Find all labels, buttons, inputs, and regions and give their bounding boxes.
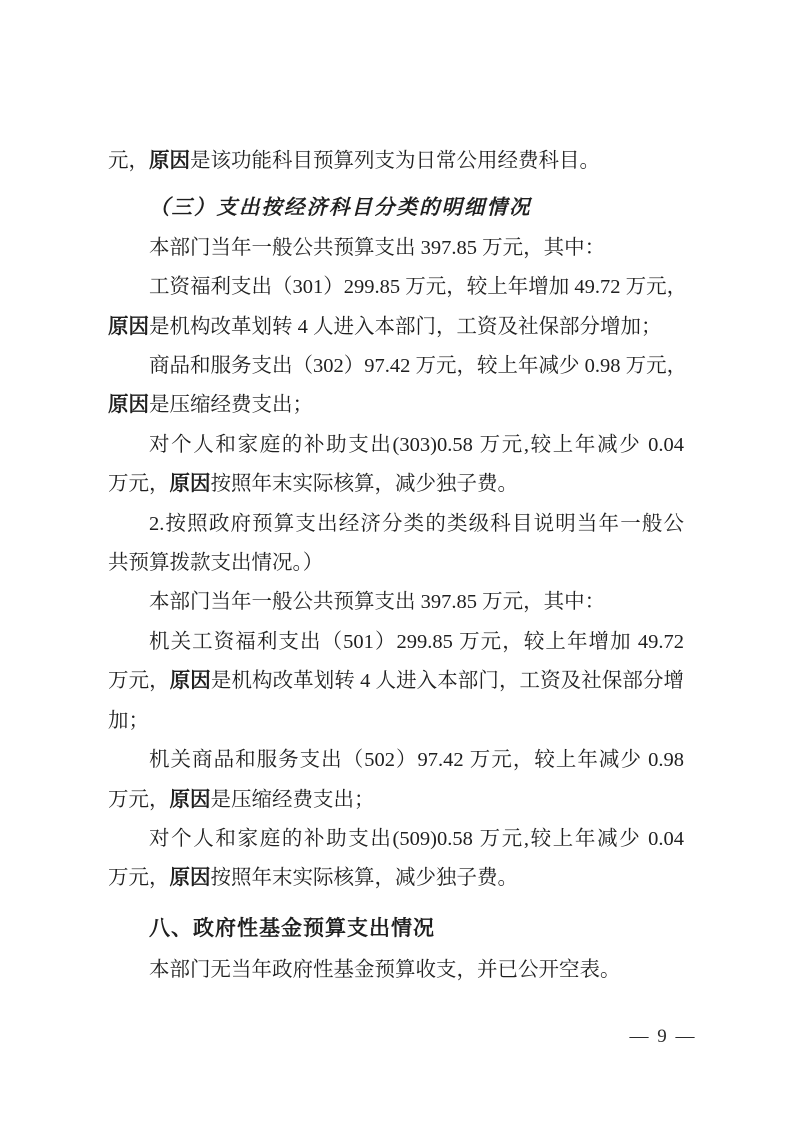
body-line-17: 万元，原因是压缩经费支出； — [108, 781, 684, 820]
text-run: 按照年末实际核算，减少独子费。 — [211, 473, 519, 495]
emphasis-reason: 原因 — [108, 394, 149, 416]
body-line-9: 万元，原因按照年末实际核算，减少独子费。 — [108, 465, 684, 504]
body-line-13: 机关工资福利支出（501）299.85 万元，较上年增加 49.72 — [108, 623, 684, 662]
emphasis-reason: 原因 — [170, 789, 211, 811]
text-run: 对个人和家庭的补助支出(509)0.58 万元,较上年减少 0.04 — [149, 828, 684, 850]
text-run: 2.按照政府预算支出经济分类的类级科目说明当年一般公 — [149, 513, 684, 535]
text-run: 对个人和家庭的补助支出(303)0.58 万元,较上年减少 0.04 — [149, 434, 684, 456]
text-run: 本部门无当年政府性基金预算收支，并已公开空表。 — [149, 959, 621, 981]
body-line-16: 机关商品和服务支出（502）97.42 万元，较上年减少 0.98 — [108, 741, 684, 780]
text-run: 万元， — [108, 473, 170, 495]
body-line-7: 原因是压缩经费支出； — [108, 386, 684, 425]
text-run: 共预算拨款支出情况。） — [108, 552, 323, 574]
body-line-12: 本部门当年一般公共预算支出 397.85 万元，其中： — [108, 583, 684, 622]
text-run: 本部门当年一般公共预算支出 397.85 万元，其中： — [149, 237, 605, 259]
subsection-heading-economic-classification: （三）支出按经济科目分类的明细情况 — [108, 189, 684, 228]
text-run: 机关商品和服务支出（502）97.42 万元，较上年减少 0.98 — [149, 749, 684, 771]
emphasis-reason: 原因 — [149, 150, 190, 172]
document-body: 元，原因是该功能科目预算列支为日常公用经费科目。 （三）支出按经济科目分类的明细… — [108, 142, 684, 991]
text-run: 是机构改革划转 4 人进入本部门，工资及社保部分增 — [211, 670, 684, 692]
body-line-5: 原因是机构改革划转 4 人进入本部门，工资及社保部分增加； — [108, 308, 684, 347]
page-number: — 9 — — [625, 1026, 701, 1048]
text-run: 机关工资福利支出（501）299.85 万元，较上年增加 49.72 — [149, 631, 684, 653]
text-run: 万元， — [108, 789, 170, 811]
text-run: 按照年末实际核算，减少独子费。 — [211, 867, 519, 889]
body-line-10: 2.按照政府预算支出经济分类的类级科目说明当年一般公 — [108, 505, 684, 544]
body-line-21: 本部门无当年政府性基金预算收支，并已公开空表。 — [108, 951, 684, 990]
emphasis-reason: 原因 — [108, 316, 149, 338]
text-run: 是机构改革划转 4 人进入本部门，工资及社保部分增加； — [149, 316, 662, 338]
body-line-3: 本部门当年一般公共预算支出 397.85 万元，其中： — [108, 229, 684, 268]
emphasis-reason: 原因 — [170, 670, 211, 692]
body-line-14: 万元，原因是机构改革划转 4 人进入本部门，工资及社保部分增 — [108, 662, 684, 701]
text-run: 万元， — [108, 867, 170, 889]
body-line-8: 对个人和家庭的补助支出(303)0.58 万元,较上年减少 0.04 — [108, 426, 684, 465]
text-run: 本部门当年一般公共预算支出 397.85 万元，其中： — [149, 591, 605, 613]
section-heading-government-fund-budget: 八、政府性基金预算支出情况 — [108, 909, 684, 948]
text-run: 是压缩经费支出； — [211, 789, 375, 811]
document-page: 元，原因是该功能科目预算列支为日常公用经费科目。 （三）支出按经济科目分类的明细… — [0, 0, 792, 1121]
heading-text: 八、政府性基金预算支出情况 — [149, 917, 435, 940]
body-line-4: 工资福利支出（301）299.85 万元，较上年增加 49.72 万元， — [108, 268, 684, 307]
body-line-1: 元，原因是该功能科目预算列支为日常公用经费科目。 — [108, 142, 684, 181]
heading-text: （三）支出按经济科目分类的明细情况 — [149, 197, 532, 219]
body-line-6: 商品和服务支出（302）97.42 万元，较上年减少 0.98 万元， — [108, 347, 684, 386]
text-run: 加； — [108, 710, 149, 732]
body-line-15: 加； — [108, 702, 684, 741]
text-run: 万元， — [108, 670, 170, 692]
text-run: 是该功能科目预算列支为日常公用经费科目。 — [190, 150, 600, 172]
text-run: 工资福利支出（301）299.85 万元，较上年增加 49.72 万元， — [149, 276, 687, 298]
emphasis-reason: 原因 — [170, 867, 211, 889]
body-line-18: 对个人和家庭的补助支出(509)0.58 万元,较上年减少 0.04 — [108, 820, 684, 859]
body-line-11: 共预算拨款支出情况。） — [108, 544, 684, 583]
body-line-19: 万元，原因按照年末实际核算，减少独子费。 — [108, 859, 684, 898]
text-run: 是压缩经费支出； — [149, 394, 313, 416]
text-run: 商品和服务支出（302）97.42 万元，较上年减少 0.98 万元， — [149, 355, 687, 377]
text-run: 元， — [108, 150, 149, 172]
emphasis-reason: 原因 — [170, 473, 211, 495]
